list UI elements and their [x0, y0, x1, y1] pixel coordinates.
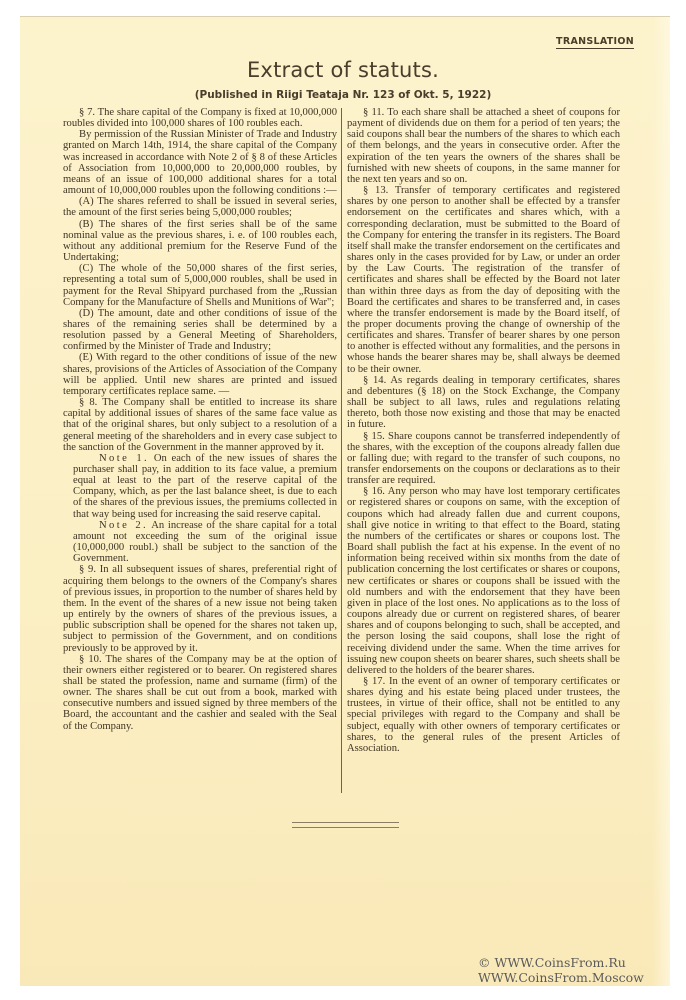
end-double-rule	[292, 822, 399, 828]
paragraph-s11: § 11. To each share shall be attached a …	[347, 107, 620, 185]
paragraph-s10: § 10. The shares of the Company may be a…	[63, 654, 337, 732]
paragraph-s8-note2: Note 2. An increase of the share capital…	[63, 520, 337, 565]
paragraph-s7-a: (A) The shares referred to shall be issu…	[63, 196, 337, 218]
left-column: § 7. The share capital of the Company is…	[63, 107, 337, 732]
paragraph-s14: § 14. As regards dealing in temporary ce…	[347, 375, 620, 431]
paragraph-s7-e: (E) With regard to the other conditions …	[63, 352, 337, 397]
paragraph-s7-c: (C) The whole of the 50,000 shares of th…	[63, 263, 337, 308]
paragraph-s13: § 13. Transfer of temporary certificates…	[347, 185, 620, 375]
paragraph-s16: § 16. Any person who may have lost tempo…	[347, 486, 620, 676]
column-divider	[341, 108, 342, 793]
translation-label: TRANSLATION	[556, 36, 634, 49]
document-subtitle: (Published in Riigi Teataja Nr. 123 of O…	[0, 89, 686, 101]
watermark: © WWW.CoinsFrom.Ru WWW.CoinsFrom.Moscow	[478, 955, 644, 985]
note-label: Note 1.	[99, 453, 149, 464]
watermark-line-1: © WWW.CoinsFrom.Ru	[478, 955, 644, 970]
paragraph-s7-d: (D) The amount, date and other condition…	[63, 308, 337, 353]
paragraph-s8: § 8. The Company shall be entitled to in…	[63, 397, 337, 453]
paragraph-s7: § 7. The share capital of the Company is…	[63, 107, 337, 129]
paragraph-s17: § 17. In the event of an owner of tempor…	[347, 676, 620, 754]
note-label: Note 2.	[99, 520, 148, 531]
paragraph-s9: § 9. In all subsequent issues of shares,…	[63, 564, 337, 653]
document-title: Extract of statuts.	[0, 58, 686, 82]
paragraph-s8-note1: Note 1. On each of the new issues of sha…	[63, 453, 337, 520]
paragraph-s7-b: (B) The shares of the first series shall…	[63, 219, 337, 264]
paragraph-s7-permission: By permission of the Russian Minister of…	[63, 129, 337, 196]
watermark-line-2: WWW.CoinsFrom.Moscow	[478, 970, 644, 985]
paragraph-s15: § 15. Share coupons cannot be transferre…	[347, 431, 620, 487]
right-column: § 11. To each share shall be attached a …	[347, 107, 620, 754]
